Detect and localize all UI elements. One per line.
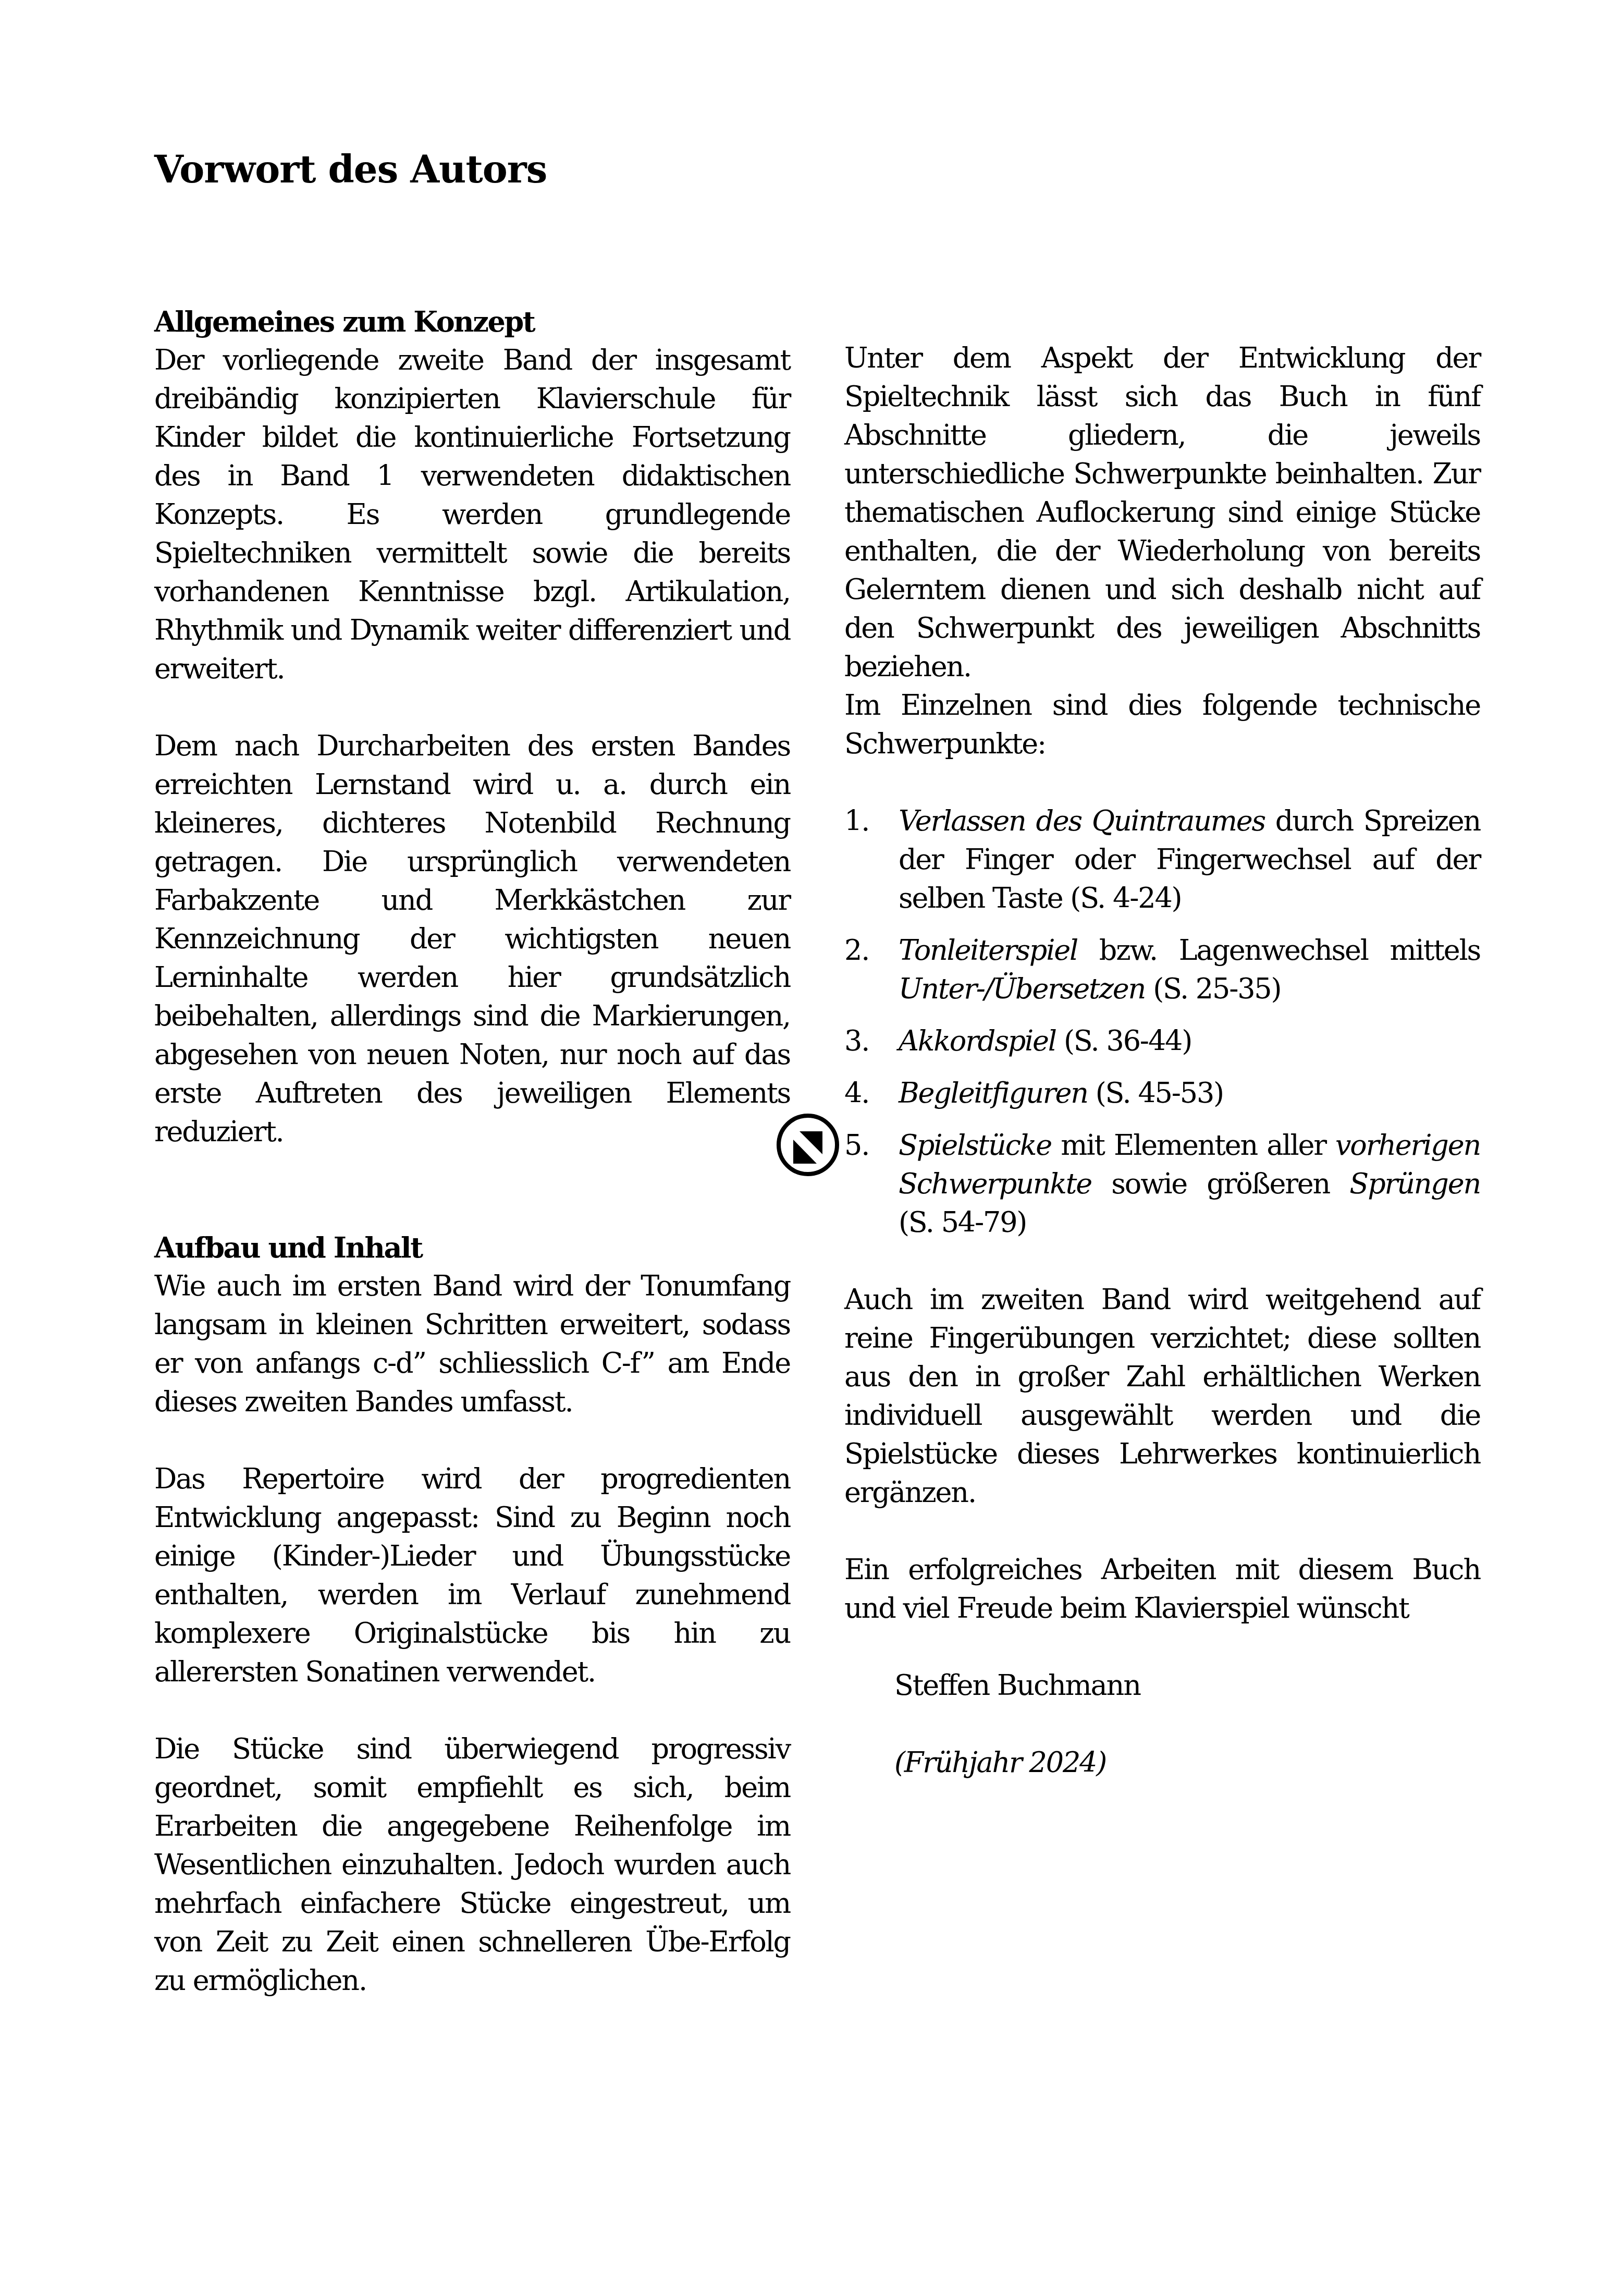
list-number: 3.: [844, 1022, 899, 1060]
list-item: 3. Akkordspiel (S. 36-44): [844, 1022, 1480, 1060]
list-emphasis: Verlassen des Quintraumes: [899, 804, 1265, 837]
paragraph: Auch im zweiten Band wird weitgehend auf…: [844, 1280, 1480, 1512]
section-heading-concept: Allgemeines zum Konzept: [154, 302, 790, 341]
right-column: Unter dem Aspekt der Entwicklung der Spi…: [844, 339, 1480, 1782]
list-item: 2. Tonleiterspiel bzw. Lagenwechsel mitt…: [844, 931, 1480, 1008]
left-column: Allgemeines zum Konzept Der vorliegende …: [154, 302, 790, 2000]
list-emphasis: Tonleiterspiel: [899, 934, 1077, 967]
paragraph: Der vorliegende zweite Band der insgesam…: [154, 341, 790, 688]
list-text: (S. 54-79): [899, 1206, 1026, 1239]
list-number: 2.: [844, 931, 899, 1008]
focus-list: 1. Verlassen des Quintraumes durch Sprei…: [844, 802, 1480, 1242]
list-text: (S. 45-53): [1088, 1077, 1223, 1109]
list-emphasis: Spielstücke: [899, 1129, 1051, 1162]
paragraph: Dem nach Durcharbeiten des ersten Bandes…: [154, 727, 790, 1151]
list-number: 1.: [844, 802, 899, 918]
closing-paragraph: Ein erfolgreiches Arbeiten mit diesem Bu…: [844, 1550, 1480, 1628]
no-color-marker-icon: [776, 1113, 840, 1177]
author-signature: Steffen Buchmann: [844, 1666, 1480, 1705]
paragraph: Unter dem Aspekt der Entwicklung der Spi…: [844, 339, 1480, 686]
list-text: bzw. Lagenwechsel mittels: [1077, 934, 1480, 967]
list-item: 4. Begleitfiguren (S. 45-53): [844, 1074, 1480, 1113]
list-emphasis: Sprüngen: [1349, 1167, 1480, 1200]
paragraph: Im Einzelnen sind dies folgende technisc…: [844, 686, 1480, 763]
list-emphasis: Unter-/Übersetzen: [899, 972, 1145, 1005]
list-emphasis: Begleitfiguren: [899, 1077, 1088, 1109]
list-item: 1. Verlassen des Quintraumes durch Sprei…: [844, 802, 1480, 918]
list-number: 5.: [844, 1126, 899, 1242]
paragraph: Die Stücke sind überwiegend progressiv g…: [154, 1730, 790, 2000]
paragraph: Das Repertoire wird der progredienten En…: [154, 1460, 790, 1691]
list-item: 5. Spielstücke mit Elementen aller vorhe…: [844, 1126, 1480, 1242]
paragraph: Wie auch im ersten Band wird der Tonumfa…: [154, 1267, 790, 1421]
section-heading-structure: Aufbau und Inhalt: [154, 1228, 790, 1267]
list-text: (S. 36-44): [1056, 1024, 1191, 1057]
list-emphasis: Akkordspiel: [899, 1024, 1056, 1057]
list-number: 4.: [844, 1074, 899, 1113]
page-title: Vorwort des Autors: [154, 147, 547, 191]
date: (Frühjahr 2024): [844, 1743, 1480, 1782]
list-text: mit Elementen aller: [1051, 1129, 1335, 1162]
list-text: (S. 25-35): [1145, 972, 1281, 1005]
list-text: sowie größeren: [1091, 1167, 1349, 1200]
